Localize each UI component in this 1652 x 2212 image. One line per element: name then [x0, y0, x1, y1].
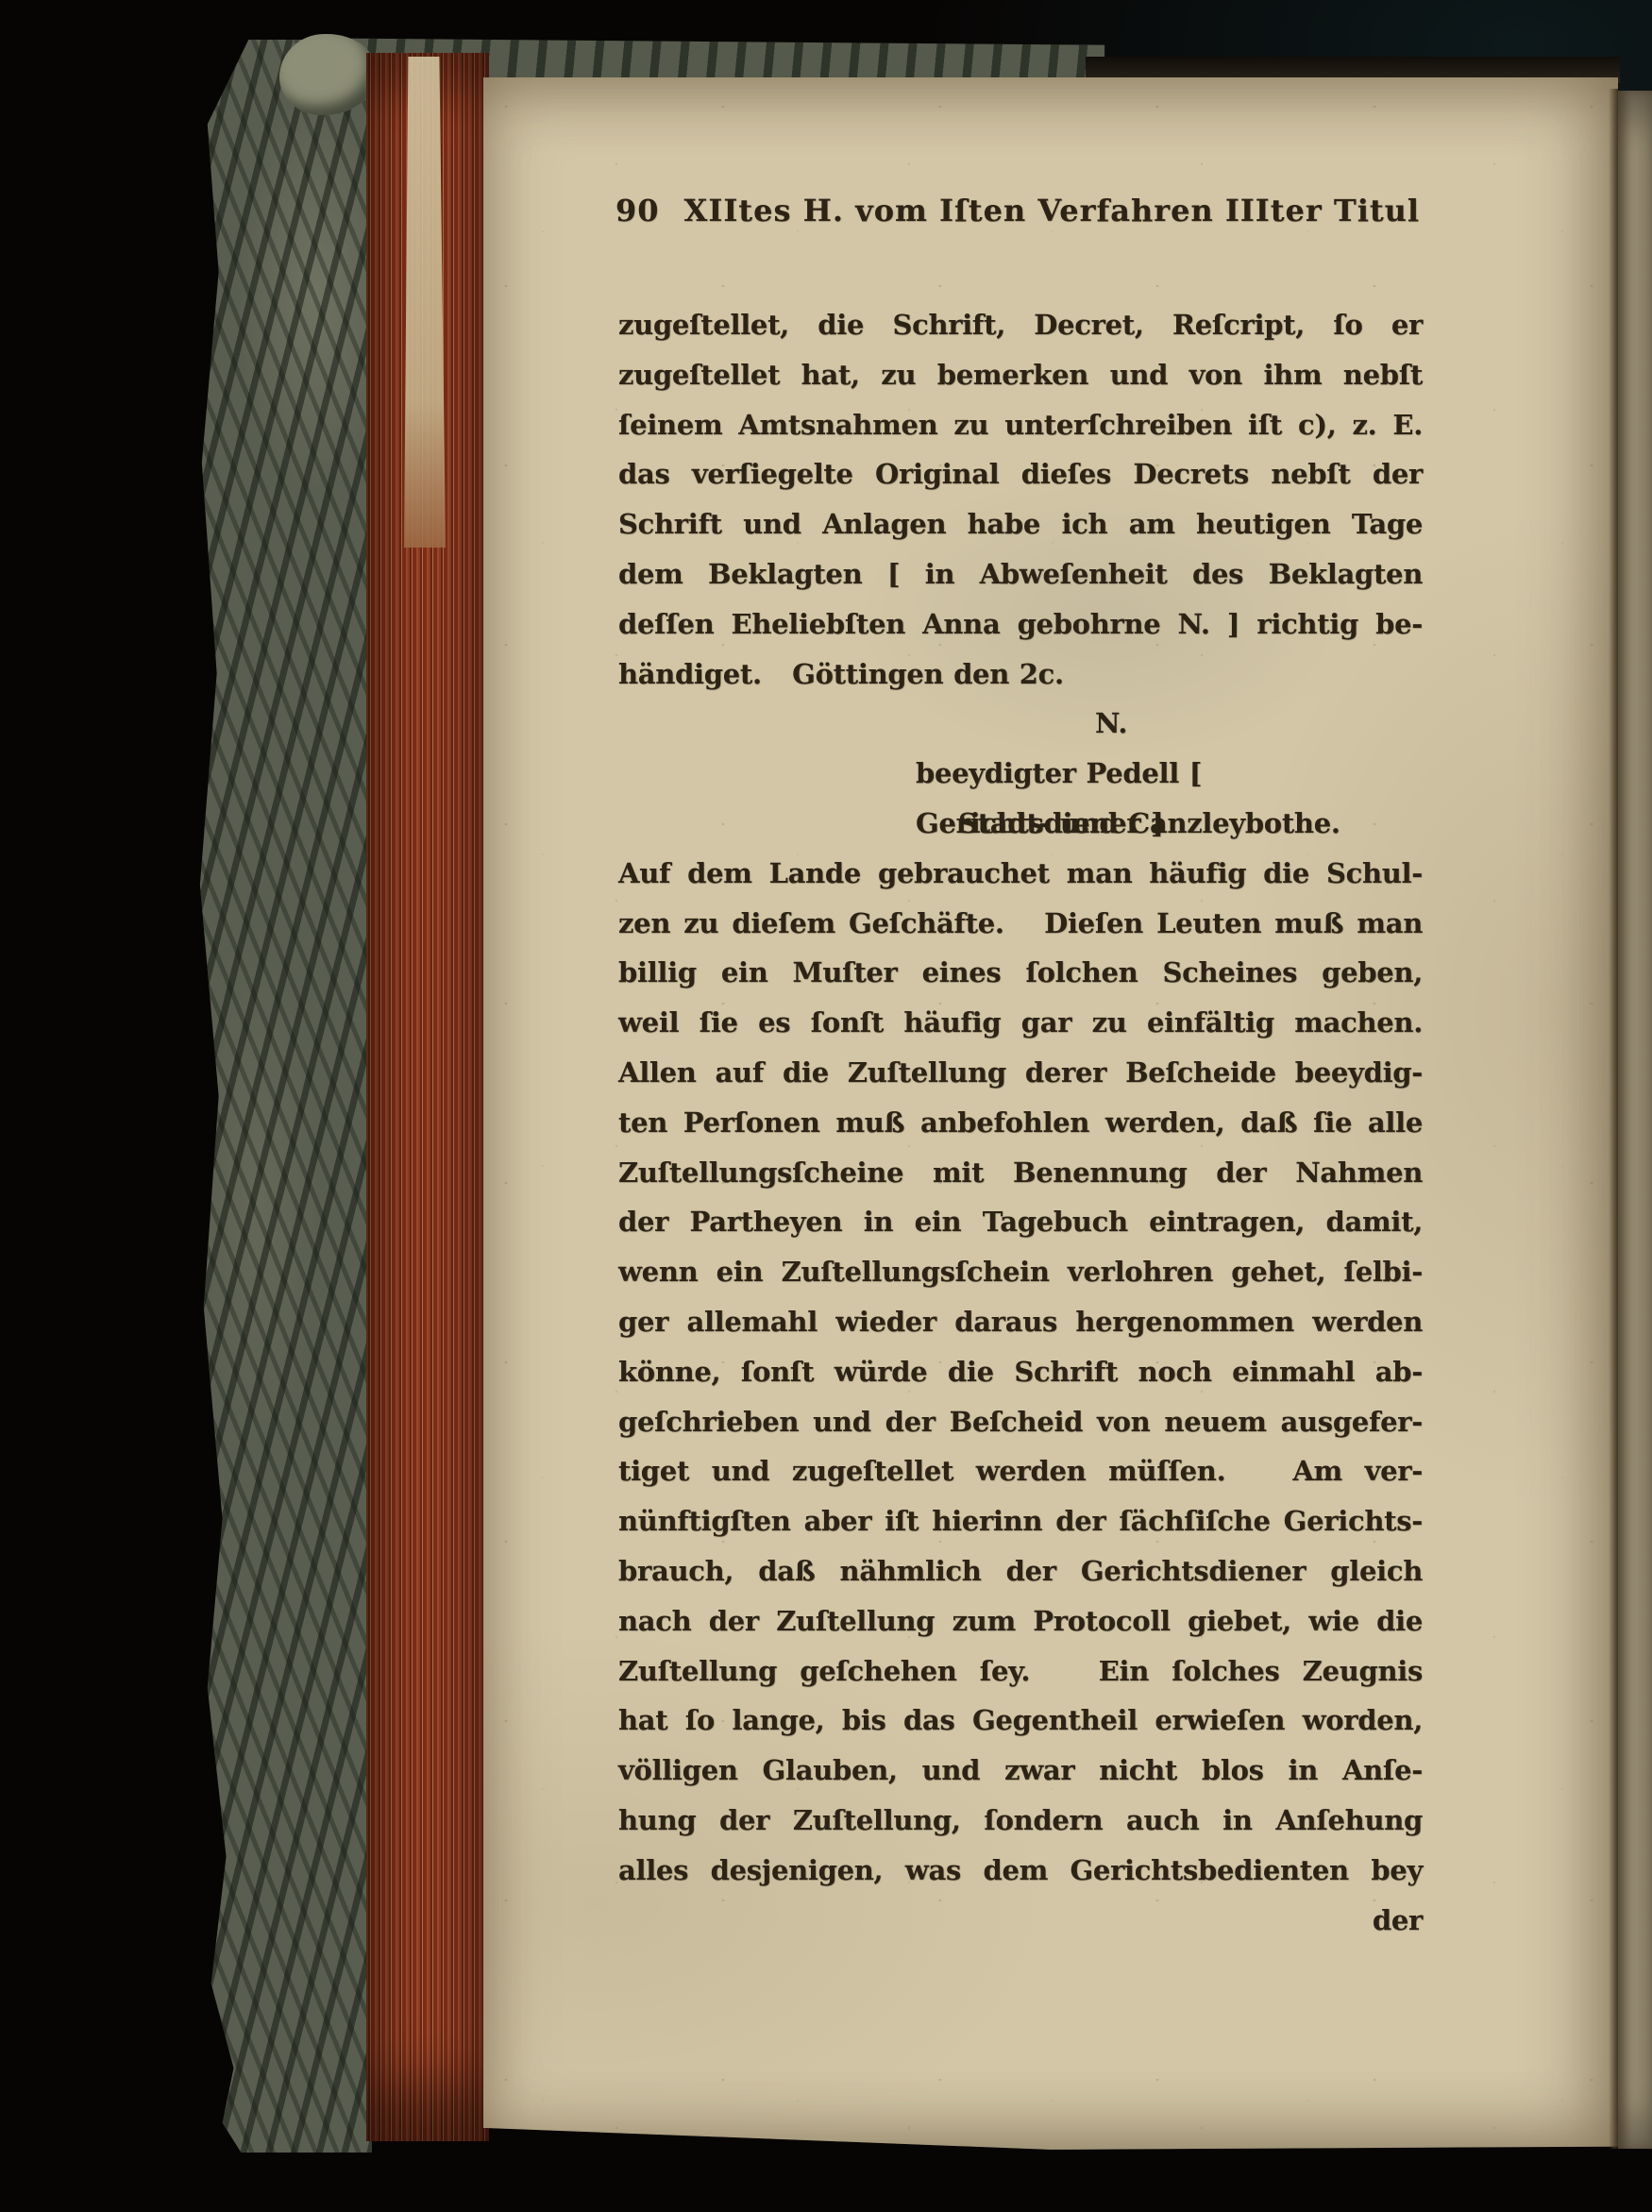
text-line: wenn ein Zuſtellungsſchein verlohren geh…: [618, 1247, 1423, 1297]
page-number: 90: [615, 193, 660, 228]
text-line: händiget. Göttingen den 2c.: [618, 650, 1423, 700]
text-line: nünftigſten aber iſt hierinn der ſächſiſ…: [618, 1496, 1423, 1546]
text-line: hat ſo lange, bis das Gegentheil erwieſe…: [618, 1696, 1423, 1746]
text-line: deſſen Eheliebſten Anna gebohrne N. ] ri…: [618, 599, 1423, 650]
text-line: zen zu dieſem Geſchäfte. Dieſen Leuten m…: [618, 899, 1423, 949]
text-line: Allen auf die Zuſtellung derer Beſcheide…: [618, 1048, 1423, 1098]
running-header: 90XIItes H. vom Iſten Verfahren IIIter T…: [615, 193, 1427, 228]
text-line: ſeinem Amtsnahmen zu unterſchreiben iſt …: [618, 400, 1423, 450]
text-line: billig ein Muſter eines ſolchen Scheines…: [618, 948, 1423, 998]
text-line: Schrift und Anlagen habe ich am heutigen…: [618, 499, 1423, 549]
text-line: ger allemahl wieder daraus hergenommen w…: [618, 1297, 1423, 1347]
text-line: hung der Zuſtellung, ſondern auch in Anſ…: [618, 1796, 1423, 1846]
text-line: zugeſtellet hat, zu bemerken und von ihm…: [618, 350, 1423, 400]
text-line: der Partheyen in ein Tagebuch eintragen,…: [618, 1197, 1423, 1247]
facing-page-sliver: [1618, 91, 1652, 2149]
text-line: Zuſtellungsſcheine mit Benennung der Nah…: [618, 1148, 1423, 1198]
text-line: dem Beklagten [ in Abweſenheit des Bekla…: [618, 549, 1423, 599]
gutter-crease: [1609, 89, 1618, 2149]
text-line: könne, ſonſt würde die Schrift noch einm…: [618, 1347, 1423, 1397]
text-line: geſchrieben und der Beſcheid von neuem a…: [618, 1397, 1423, 1447]
page-edge-highlight: [404, 57, 446, 548]
text-line: ten Perſonen muß anbefohlen werden, daß …: [618, 1098, 1423, 1148]
text-line: tiget und zugeſtellet werden müſſen. Am …: [618, 1446, 1423, 1496]
text-line: Zuſtellung geſchehen ſey. Ein ſolches Ze…: [618, 1646, 1423, 1697]
text-line: brauch, daß nähmlich der Gerichtsdiener …: [618, 1546, 1423, 1596]
text-line: Auf dem Lande gebrauchet man häufig die …: [618, 849, 1423, 899]
text-line: weil ſie es ſonſt häufig gar zu einfälti…: [618, 998, 1423, 1048]
text-line: zugeſtellet, die Schrift, Decret, Reſcri…: [618, 300, 1423, 350]
running-header-title: XIItes H. vom Iſten Verfahren IIIter Tit…: [684, 193, 1421, 228]
book-photo-scene: 90XIItes H. vom Iſten Verfahren IIIter T…: [0, 0, 1652, 2212]
marbled-cover-board: [185, 40, 372, 2153]
text-line: das verſiegelte Original dieſes Decrets …: [618, 449, 1423, 499]
text-block: zugeſtellet, die Schrift, Decret, Reſcri…: [618, 300, 1423, 1945]
text-line: der: [618, 1896, 1423, 1946]
text-line: beeydigter Pedell [ Gerichtsdiener ]: [916, 749, 1423, 799]
text-line: nach der Zuſtellung zum Protocoll giebet…: [618, 1596, 1423, 1646]
text-line: N.: [1095, 699, 1423, 749]
text-line: alles desjenigen, was dem Gerichtsbedien…: [618, 1846, 1423, 1896]
text-line: Stadt- und Canzleybothe.: [958, 799, 1423, 849]
text-line: völligen Glauben, und zwar nicht blos in…: [618, 1746, 1423, 1796]
